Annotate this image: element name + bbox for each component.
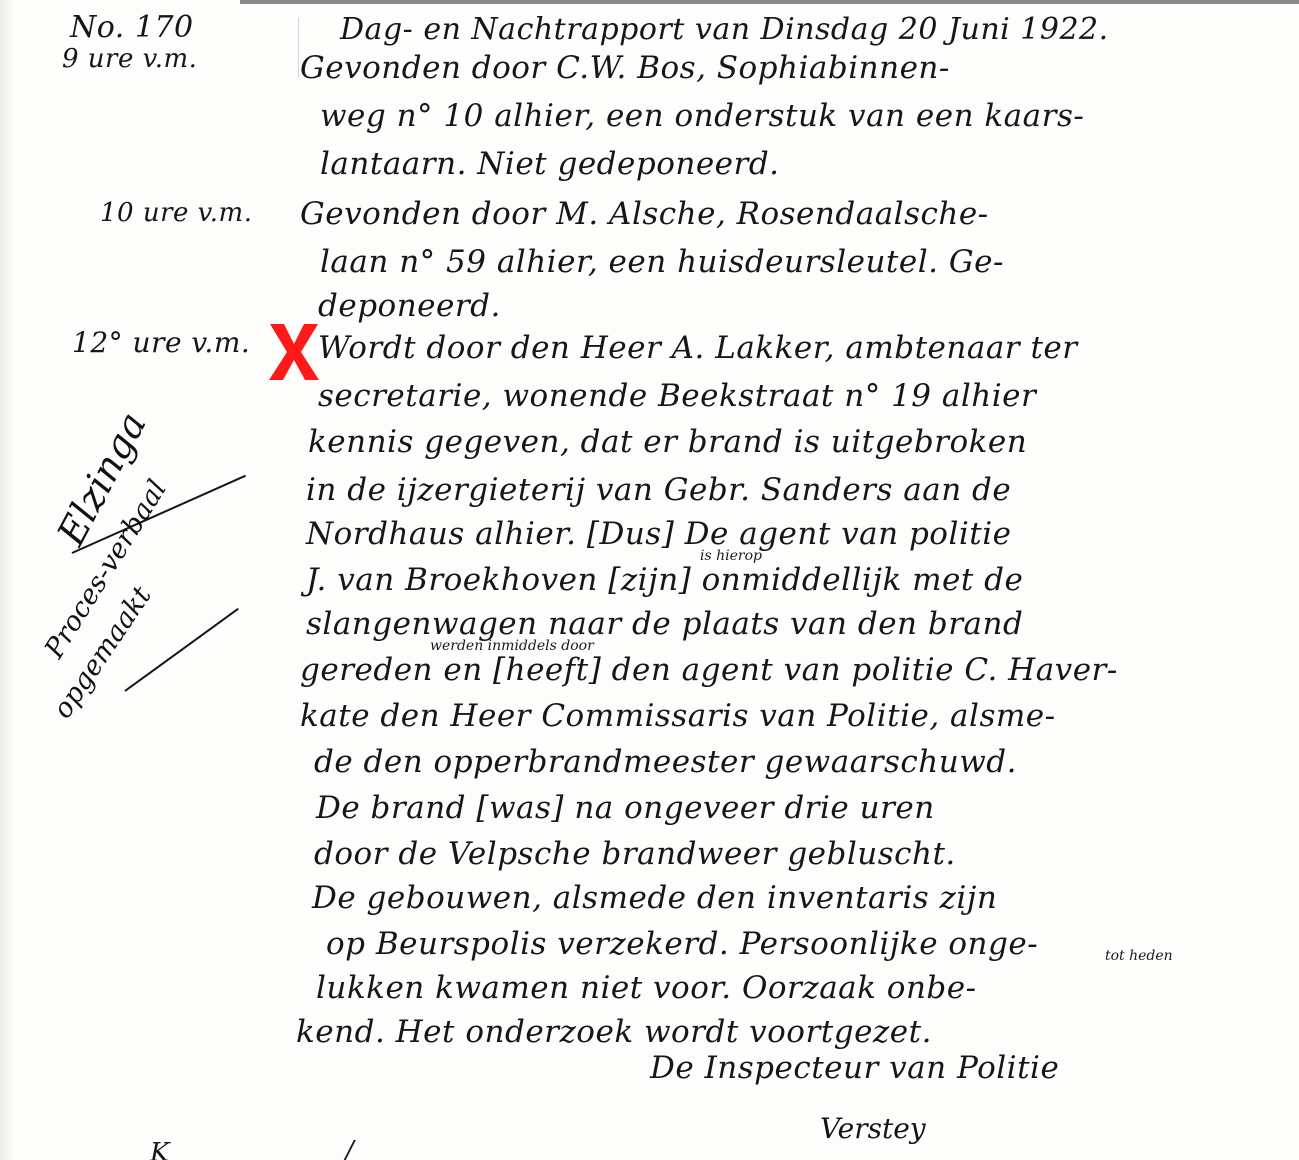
signature: Verstey bbox=[820, 1112, 926, 1145]
entry-2-line-2: laan n° 59 alhier, een huisdeursleutel. … bbox=[320, 244, 1004, 280]
footer-fragment-mid: / bbox=[345, 1136, 354, 1160]
entry-2-line-3: deponeerd. bbox=[318, 288, 501, 324]
margin-time-2: 10 ure v.m. bbox=[100, 198, 252, 228]
entry-3-line-1: Wordt door den Heer A. Lakker, ambtenaar… bbox=[318, 330, 1078, 366]
entry-2-line-1: Gevonden door M. Alsche, Rosendaalsche- bbox=[300, 196, 989, 232]
entry-1-line-3: lantaarn. Niet gedeponeerd. bbox=[320, 146, 780, 182]
insert-tot-heden: tot heden bbox=[1105, 948, 1173, 964]
entry-3-line-8: gereden en [heeft] den agent van politie… bbox=[300, 652, 1118, 688]
entry-3-line-14: op Beurspolis verzekerd. Persoonlijke on… bbox=[326, 926, 1038, 962]
entry-3-line-3: kennis gegeven, dat er brand is uitgebro… bbox=[308, 424, 1027, 460]
entry-3-line-10: de den opperbrandmeester gewaarschuwd. bbox=[314, 744, 1017, 780]
margin-time-1: 9 ure v.m. bbox=[62, 44, 197, 74]
entry-3-line-12: door de Velpsche brandweer gebluscht. bbox=[314, 836, 956, 872]
entry-1-line-2: weg n° 10 alhier, een onderstuk van een … bbox=[320, 98, 1084, 134]
report-number: No. 170 bbox=[70, 10, 194, 45]
page-top-edge bbox=[240, 0, 1299, 4]
entry-3-line-2: secretarie, wonende Beekstraat n° 19 alh… bbox=[318, 378, 1036, 414]
page-left-edge bbox=[0, 0, 14, 1160]
entry-3-line-5: Nordhaus alhier. [Dus] De agent van poli… bbox=[306, 516, 1012, 552]
entry-3-line-13: De gebouwen, alsmede den inventaris zijn bbox=[312, 880, 997, 916]
entry-3-line-9: kate den Heer Commissaris van Politie, a… bbox=[300, 698, 1056, 734]
red-x-marker-icon bbox=[266, 322, 322, 382]
entry-3-line-16: kend. Het onderzoek wordt voortgezet. bbox=[296, 1014, 932, 1050]
margin-time-3: 12° ure v.m. bbox=[72, 326, 250, 359]
entry-3-line-11: De brand [was] na ongeveer drie uren bbox=[316, 790, 935, 826]
closing-title: De Inspecteur van Politie bbox=[650, 1050, 1059, 1086]
report-header: Dag- en Nachtrapport van Dinsdag 20 Juni… bbox=[340, 12, 1109, 47]
entry-3-line-15: lukken kwamen niet voor. Oorzaak onbe- bbox=[316, 970, 977, 1006]
entry-3-line-4: in de ijzergieterij van Gebr. Sanders aa… bbox=[306, 472, 1011, 508]
scanned-document-page: No. 170 9 ure v.m. 10 ure v.m. 12° ure v… bbox=[0, 0, 1299, 1160]
footer-fragment-left: K bbox=[150, 1138, 170, 1160]
entry-3-line-7: slangenwagen naar de plaats van den bran… bbox=[306, 606, 1023, 642]
entry-3-line-6: J. van Broekhoven [zijn] onmiddellijk me… bbox=[306, 562, 1023, 598]
margin-rule bbox=[298, 18, 299, 78]
entry-1-line-1: Gevonden door C.W. Bos, Sophiabinnen- bbox=[300, 50, 950, 86]
